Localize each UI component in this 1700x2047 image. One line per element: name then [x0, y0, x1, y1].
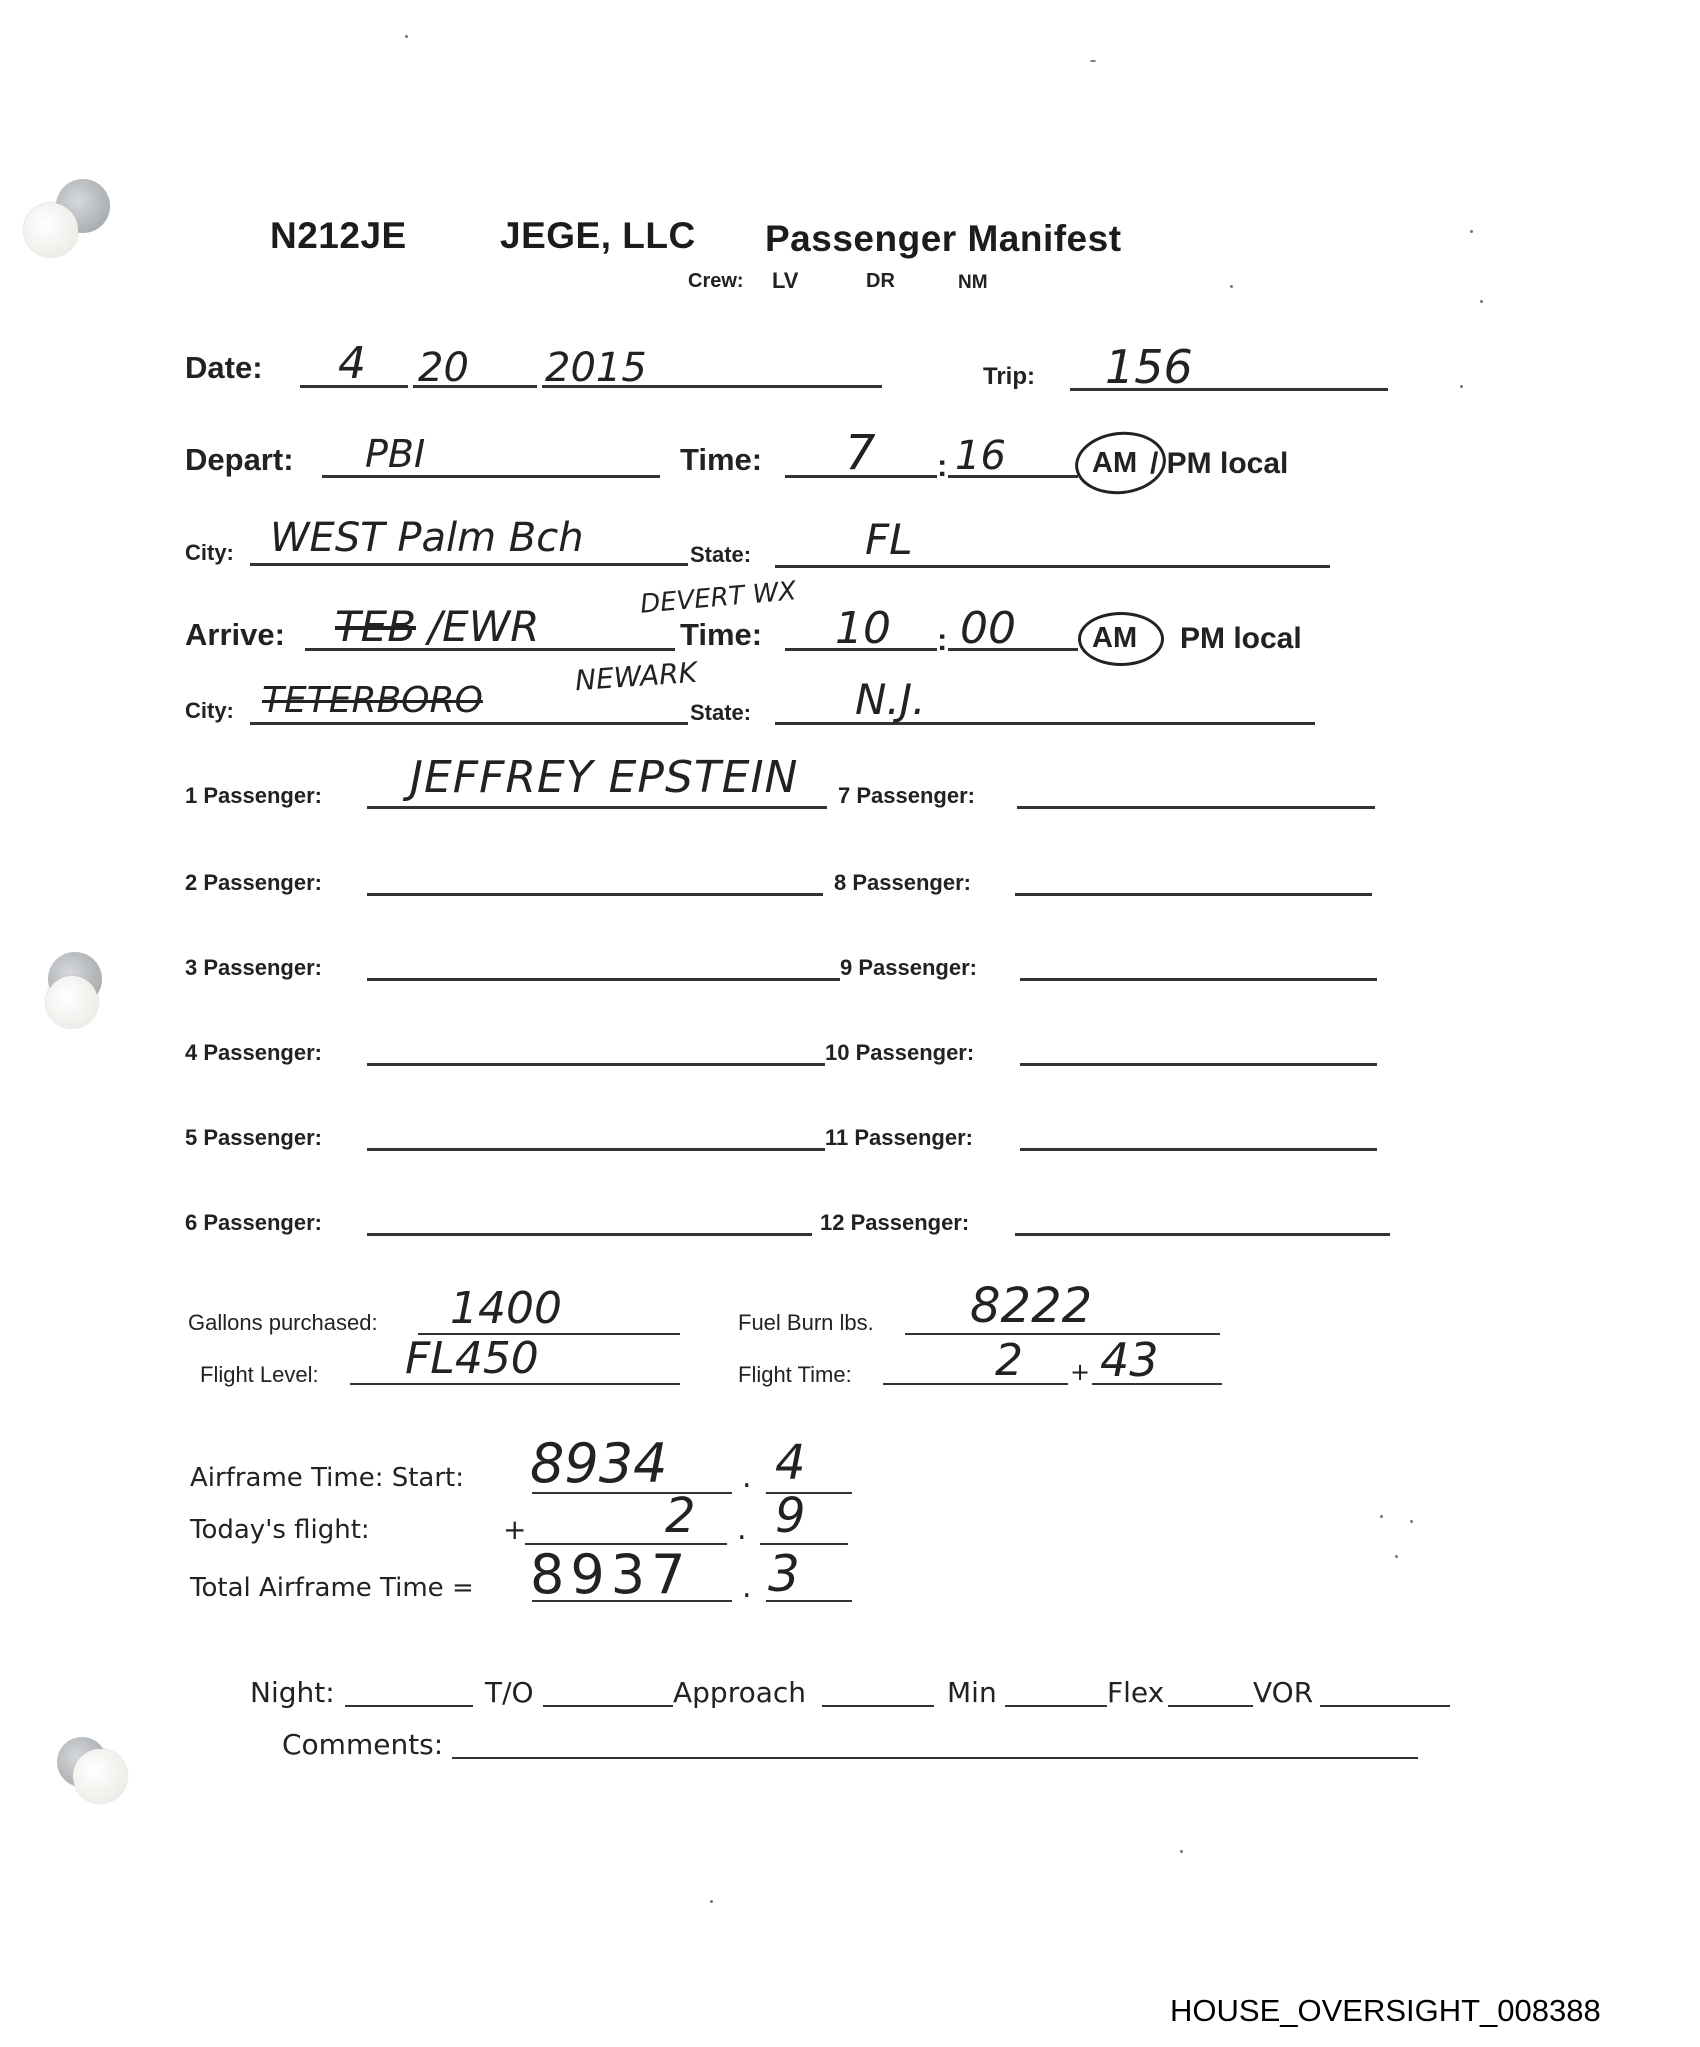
- page-title: Passenger Manifest: [765, 218, 1122, 260]
- depart-hour-value: 7: [845, 425, 876, 481]
- passenger-10-field[interactable]: [1020, 1063, 1377, 1066]
- gallons-value: 1400: [450, 1283, 562, 1334]
- crew-label: Crew:: [688, 270, 744, 293]
- total-airframe-tenth-value: 3: [768, 1545, 800, 1603]
- tail-number: N212JE: [270, 215, 407, 257]
- vor-label: VOR: [1253, 1676, 1313, 1709]
- passenger-10-label: 10 Passenger:: [825, 1040, 974, 1066]
- passenger-2-field[interactable]: [367, 893, 823, 896]
- total-airframe-dot: .: [742, 1570, 752, 1605]
- passenger-8-field[interactable]: [1015, 893, 1372, 896]
- passenger-3-label: 3 Passenger:: [185, 955, 322, 981]
- approach-field[interactable]: [822, 1705, 934, 1707]
- arrive-time-colon: :: [937, 622, 947, 658]
- takeoff-label: T/O: [485, 1676, 534, 1709]
- hole-punch-top: [20, 175, 120, 275]
- crew-member-2: DR: [866, 270, 895, 293]
- night-label: Night:: [250, 1676, 335, 1709]
- depart-time-colon: :: [937, 448, 947, 484]
- todays-flight-whole-value: 2: [665, 1488, 696, 1544]
- passenger-8-label: 8 Passenger:: [834, 870, 971, 896]
- arrive-state-value: N.J.: [855, 675, 926, 724]
- arrive-city-value: NEWARK: [574, 656, 698, 697]
- airframe-start-label: Airframe Time: Start:: [190, 1463, 464, 1493]
- arrive-note: DEVERT WX: [639, 576, 797, 620]
- crew-member-3: NM: [958, 272, 988, 294]
- flight-time-hours-value: 2: [995, 1335, 1023, 1386]
- arrive-struck-value: TEB: [335, 602, 416, 651]
- comments-label: Comments:: [282, 1728, 443, 1761]
- flight-time-minutes-value: 43: [1100, 1333, 1159, 1387]
- depart-pm-local-option[interactable]: / PM local: [1150, 447, 1288, 481]
- passenger-5-label: 5 Passenger:: [185, 1125, 322, 1151]
- flight-time-plus: +: [1070, 1358, 1090, 1386]
- flex-field[interactable]: [1168, 1705, 1253, 1707]
- todays-flight-label: Today's flight:: [190, 1515, 370, 1545]
- passenger-7-label: 7 Passenger:: [838, 783, 975, 809]
- trip-value: 156: [1105, 340, 1193, 394]
- arrive-am-circle: [1078, 612, 1164, 666]
- depart-value: PBI: [365, 432, 425, 476]
- passenger-7-field[interactable]: [1017, 806, 1375, 809]
- arrive-hour-value: 10: [835, 603, 891, 654]
- passenger-2-label: 2 Passenger:: [185, 870, 322, 896]
- passenger-3-field[interactable]: [367, 978, 840, 981]
- company-name: JEGE, LLC: [500, 215, 696, 257]
- depart-state-field[interactable]: [775, 565, 1330, 568]
- passenger-9-label: 9 Passenger:: [840, 955, 977, 981]
- depart-minute-value: 16: [955, 433, 1006, 479]
- hole-punch-middle: [40, 948, 120, 1048]
- airframe-start-dot: .: [742, 1460, 752, 1495]
- total-airframe-whole-value: 8937: [530, 1543, 691, 1606]
- passenger-12-field[interactable]: [1015, 1233, 1390, 1236]
- passenger-11-field[interactable]: [1020, 1148, 1377, 1151]
- crew-member-1: LV: [772, 268, 798, 294]
- passenger-9-field[interactable]: [1020, 978, 1377, 981]
- arrive-pm-local-option[interactable]: PM local: [1180, 622, 1302, 656]
- arrive-minute-value: 00: [960, 603, 1016, 654]
- flight-time-label: Flight Time:: [738, 1362, 852, 1388]
- flex-label: Flex: [1107, 1676, 1164, 1709]
- depart-label: Depart:: [185, 442, 294, 478]
- vor-field[interactable]: [1320, 1705, 1450, 1707]
- trip-label: Trip:: [983, 363, 1035, 391]
- passenger-6-label: 6 Passenger:: [185, 1210, 322, 1236]
- passenger-1-field[interactable]: [367, 806, 827, 809]
- flight-time-hours-field[interactable]: [883, 1383, 1068, 1385]
- takeoff-field[interactable]: [543, 1705, 673, 1707]
- depart-city-value: WEST Palm Bch: [270, 515, 584, 561]
- depart-time-label: Time:: [680, 442, 762, 478]
- depart-city-field[interactable]: [250, 563, 688, 566]
- date-label: Date:: [185, 350, 263, 386]
- date-month-value: 4: [338, 338, 366, 389]
- date-year-value: 2015: [545, 345, 647, 391]
- passenger-4-label: 4 Passenger:: [185, 1040, 322, 1066]
- arrive-city-field[interactable]: [250, 722, 688, 725]
- passenger-11-label: 11 Passenger:: [825, 1125, 973, 1151]
- flight-level-label: Flight Level:: [200, 1362, 319, 1388]
- passenger-12-label: 12 Passenger:: [820, 1210, 969, 1236]
- passenger-5-field[interactable]: [367, 1148, 825, 1151]
- date-day-value: 20: [418, 345, 469, 391]
- comments-field[interactable]: [452, 1757, 1418, 1759]
- depart-state-value: FL: [865, 515, 913, 564]
- arrive-time-label: Time:: [680, 617, 762, 653]
- arrive-label: Arrive:: [185, 617, 285, 653]
- todays-flight-tenth-value: 9: [775, 1488, 806, 1544]
- todays-flight-plus: +: [503, 1513, 526, 1546]
- hole-punch-bottom: [55, 1735, 145, 1825]
- min-label: Min: [947, 1676, 997, 1709]
- bates-number: HOUSE_OVERSIGHT_008388: [1170, 1993, 1601, 2029]
- depart-state-label: State:: [690, 542, 751, 568]
- fuel-burn-value: 8222: [970, 1278, 1092, 1334]
- depart-city-label: City:: [185, 540, 234, 566]
- total-airframe-label: Total Airframe Time =: [190, 1573, 474, 1603]
- arrive-city-struck-value: TETERBORO: [262, 680, 483, 721]
- passenger-4-field[interactable]: [367, 1063, 825, 1066]
- passenger-6-field[interactable]: [367, 1233, 812, 1236]
- arrive-state-label: State:: [690, 700, 751, 726]
- fuel-burn-label: Fuel Burn lbs.: [738, 1310, 874, 1336]
- passenger-1-value: JEFFREY EPSTEIN: [410, 752, 798, 803]
- gallons-label: Gallons purchased:: [188, 1310, 378, 1336]
- approach-label: Approach: [673, 1676, 806, 1709]
- flight-level-value: FL450: [405, 1333, 539, 1384]
- arrive-value: /EWR: [428, 602, 539, 651]
- arrive-city-label: City:: [185, 698, 234, 724]
- night-field[interactable]: [345, 1705, 473, 1707]
- todays-flight-dot: .: [737, 1512, 747, 1547]
- airframe-start-whole-value: 8934: [530, 1432, 667, 1495]
- min-field[interactable]: [1005, 1705, 1107, 1707]
- airframe-start-tenth-value: 4: [775, 1435, 806, 1491]
- passenger-1-label: 1 Passenger:: [185, 783, 322, 809]
